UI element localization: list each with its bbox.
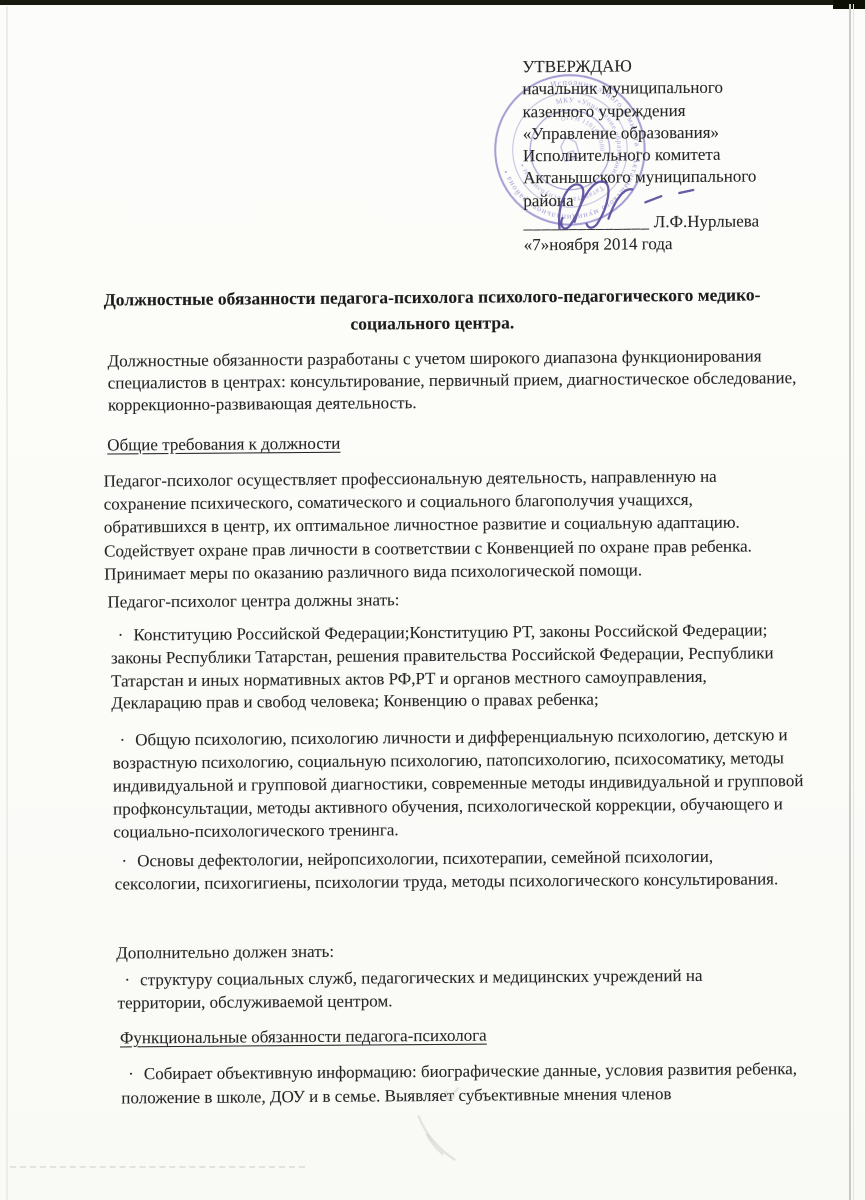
must-know-intro: Педагог-психолог центра должны знать: [107, 588, 399, 613]
document-content: Исполнительного комитета • Актанышского … [0, 0, 865, 1200]
intro-paragraph: Должностные обязанности разработаны с уч… [108, 345, 803, 416]
bullet-marker: · [128, 1064, 134, 1083]
bullet-marker: · [124, 970, 130, 989]
general-requirements-paragraph: Педагог-психолог осуществляет профессион… [103, 464, 786, 585]
list-item: ·Основы дефектологии, нейропсихологии, п… [114, 844, 794, 896]
list-item: ·Конституцию Российской Федерации;Консти… [111, 619, 788, 715]
list-item-text: Основы дефектологии, нейропсихологии, пс… [115, 847, 779, 894]
bullet-marker: · [118, 625, 124, 644]
approval-line: УТВЕРЖДАЮ [522, 54, 827, 79]
approval-line: Исполнительного комитета [523, 143, 828, 168]
list-item: ·Общую психологию, психологию личности и… [112, 723, 805, 843]
section-heading-functional: Функциональные обязанности педагога-псих… [120, 1024, 487, 1050]
approval-line: казенного учреждения [523, 98, 828, 123]
list-item-text: Общую психологию, психологию личности и … [113, 725, 808, 841]
section-heading-general: Общие требования к должности [107, 432, 340, 457]
approval-line: начальник муниципального [522, 76, 827, 101]
list-item: ·структуру социальных служб, педагогичес… [117, 963, 782, 1014]
approval-line: «Управление образования» [523, 121, 828, 146]
pencil-smudge-mark [396, 1081, 507, 1182]
list-item-text: структуру социальных служб, педагогическ… [118, 966, 707, 1013]
bullet-marker: · [119, 730, 125, 749]
bullet-marker: · [121, 851, 127, 870]
handwritten-signature [547, 172, 707, 237]
list-item-text: Конституцию Российской Федерации;Констит… [111, 620, 778, 713]
additional-know-intro: Дополнительно должен знать: [116, 940, 334, 965]
scanned-document-page: Исполнительного комитета • Актанышского … [0, 0, 865, 1200]
document-title: Должностные обязанности педагога-психоло… [76, 281, 788, 339]
